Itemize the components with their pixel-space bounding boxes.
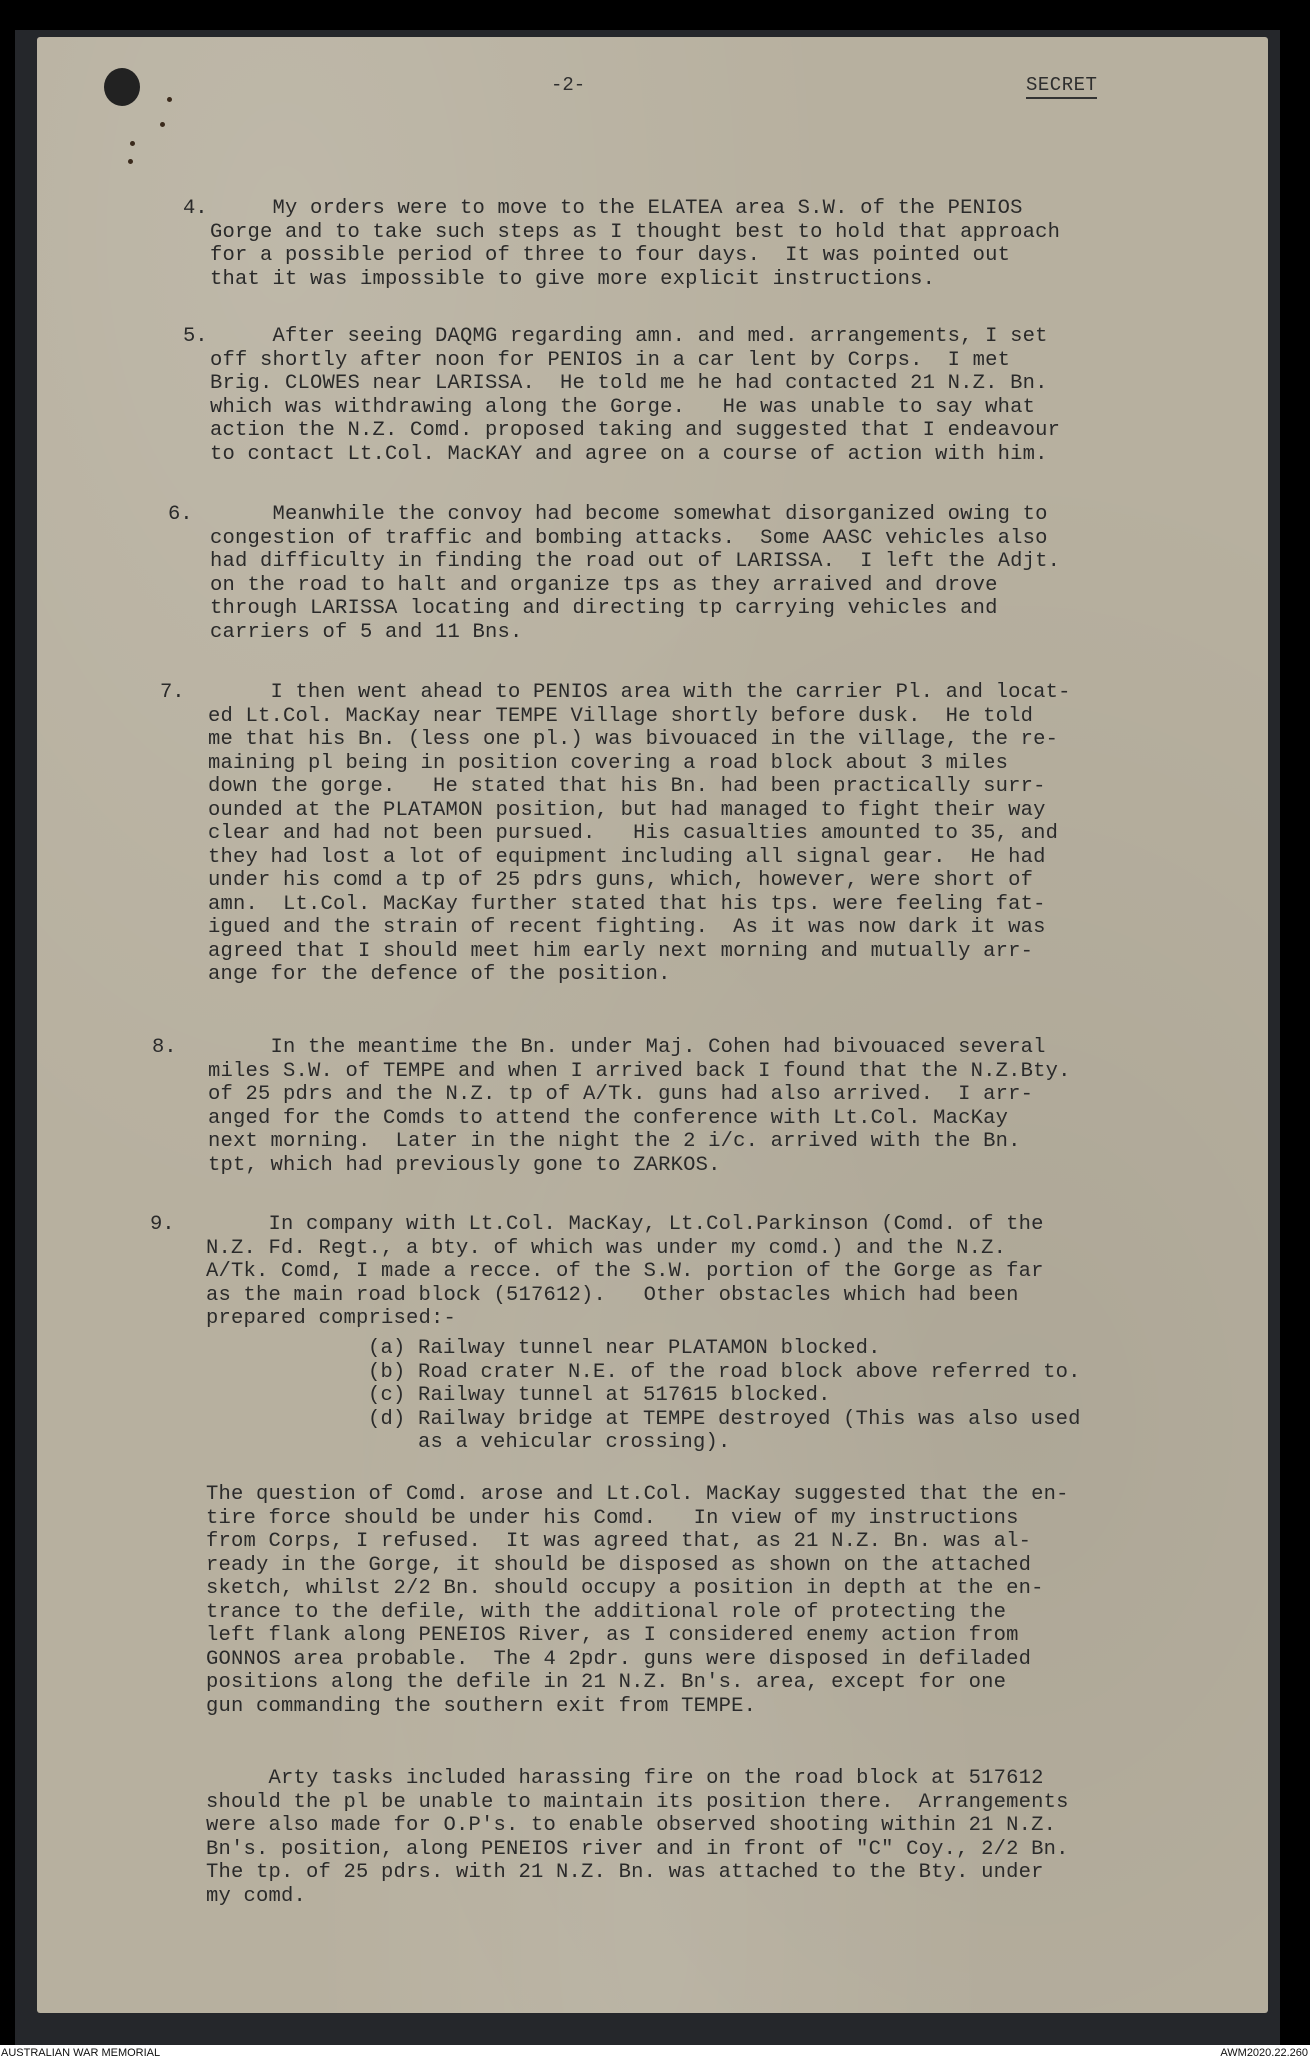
list-item: (a) Railway tunnel near PLATAMON blocked…	[368, 1337, 881, 1360]
punch-hole	[104, 68, 140, 106]
paragraph-5: After seeing DAQMG regarding amn. and me…	[210, 325, 1060, 466]
paper-mark	[130, 141, 135, 146]
paragraph-number: 8.	[152, 1036, 177, 1059]
paper-mark	[128, 159, 133, 164]
paragraph-8: In the meantime the Bn. under Maj. Cohen…	[208, 1036, 1071, 1177]
list-item: (b) Road crater N.E. of the road block a…	[368, 1361, 1081, 1384]
page-number: -2-	[551, 74, 585, 96]
footer-accession-number: AWM2020.22.260	[1220, 2047, 1308, 2059]
list-item: (c) Railway tunnel at 517615 blocked.	[368, 1384, 831, 1407]
paragraph-6: Meanwhile the convoy had become somewhat…	[210, 503, 1060, 644]
paper-mark	[167, 97, 172, 102]
paragraph-number: 4.	[183, 197, 208, 220]
paragraph-number: 5.	[183, 325, 208, 348]
paragraph-9: In company with Lt.Col. MacKay, Lt.Col.P…	[206, 1213, 1044, 1331]
paragraph-number: 9.	[150, 1213, 175, 1236]
footer-bar	[0, 2045, 1310, 2061]
paragraph-7: I then went ahead to PENIOS area with th…	[208, 681, 1071, 987]
footer-institution: AUSTRALIAN WAR MEMORIAL	[1, 2047, 160, 2059]
paper-mark	[160, 122, 165, 127]
paragraph-9-continuation: The question of Comd. arose and Lt.Col. …	[206, 1483, 1069, 1718]
list-item: (d) Railway bridge at TEMPE destroyed (T…	[368, 1408, 1081, 1431]
classification-label: SECRET	[1026, 74, 1097, 99]
paragraph-4: My orders were to move to the ELATEA are…	[210, 197, 1060, 291]
obstacles-list: (a) Railway tunnel near PLATAMON blocked…	[368, 1337, 1081, 1455]
arty-tasks-paragraph: Arty tasks included harassing fire on th…	[206, 1767, 1069, 1908]
list-item: as a vehicular crossing).	[368, 1431, 731, 1454]
paragraph-number: 6.	[168, 503, 193, 526]
paragraph-number: 7.	[160, 681, 185, 704]
